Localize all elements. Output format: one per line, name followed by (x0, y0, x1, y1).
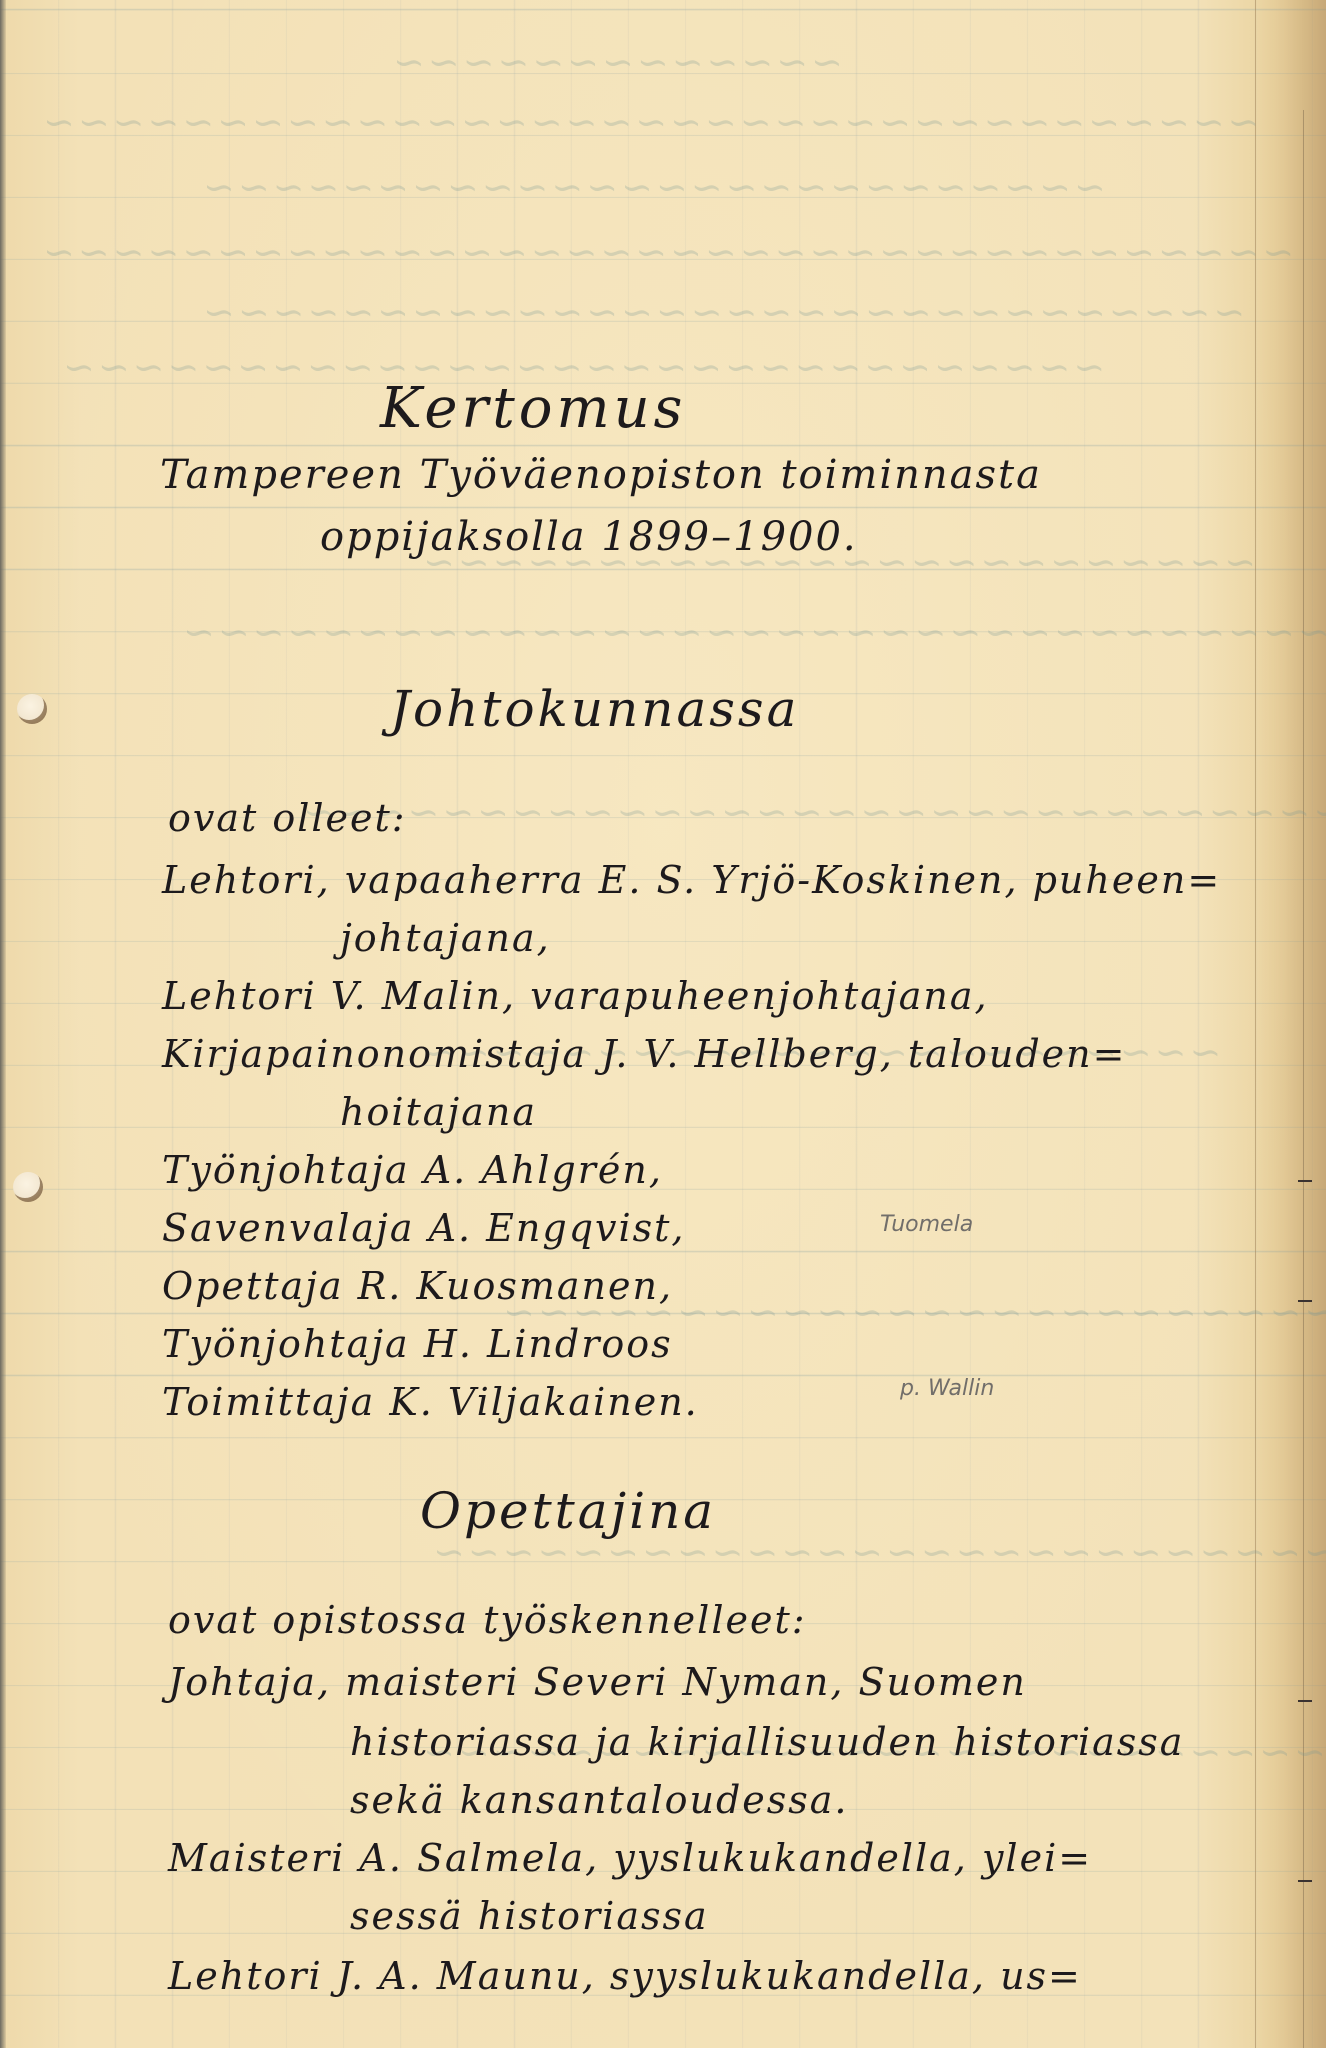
list-line-continuation: sessä historiassa (350, 1894, 709, 1938)
list-line: Työnjohtaja A. Ahlgrén, (162, 1148, 663, 1192)
edge-mark (1298, 1700, 1312, 1702)
list-line: Lehtori, vapaaherra E. S. Yrjö-Koskinen,… (162, 858, 1221, 902)
document-title: Kertomus (380, 376, 686, 441)
hole-punch-icon (17, 694, 47, 724)
edge-mark (1298, 1880, 1312, 1882)
section-intro: ovat olleet: (168, 796, 407, 840)
binding-edge (0, 0, 6, 2048)
list-line: Kirjapainonomistaja J. V. Hellberg, talo… (162, 1032, 1126, 1076)
section-heading-johtokunnassa: Johtokunnassa (390, 680, 799, 738)
list-line: Opettaja R. Kuosmanen, (162, 1264, 673, 1308)
section-heading-opettajina: Opettajina (420, 1482, 716, 1540)
document-subtitle-line-2: oppijaksolla 1899–1900. (320, 514, 858, 560)
list-line: Maisteri A. Salmela, yyslukukandella, yl… (168, 1836, 1092, 1880)
list-line-continuation: hoitajana (340, 1090, 537, 1134)
section-intro: ovat opistossa työskennelleet: (168, 1598, 807, 1642)
hole-punch-icon (13, 1172, 43, 1202)
list-line-continuation: historiassa ja kirjallisuuden historiass… (350, 1720, 1184, 1764)
pencil-annotation: Tuomela (880, 1212, 973, 1237)
list-line-continuation: johtajana, (340, 916, 551, 960)
edge-mark (1298, 1180, 1312, 1182)
page-edge-line (1303, 110, 1304, 2048)
list-line: Lehtori V. Malin, varapuheenjohtajana, (162, 974, 989, 1018)
list-line-continuation: sekä kansantaloudessa. (350, 1778, 849, 1822)
pencil-annotation: p. Wallin (900, 1376, 994, 1401)
list-line: Lehtori J. A. Maunu, syyslukukandella, u… (168, 1954, 1082, 1998)
document-subtitle-line-1: Tampereen Työväenopiston toiminnasta (160, 452, 1042, 498)
list-line: Työnjohtaja H. Lindroos (162, 1322, 673, 1366)
edge-mark (1298, 1300, 1312, 1302)
list-line: Toimittaja K. Viljakainen. (162, 1380, 699, 1424)
list-line: Savenvalaja A. Engqvist, (162, 1206, 686, 1250)
page-edge-fold (1255, 0, 1326, 2048)
manuscript-page: ~~~~~~~~~~~~~ ~~~~~~~~~~~~~~~~~~~~~~~~~~… (0, 0, 1326, 2048)
list-line: Johtaja, maisteri Severi Nyman, Suomen (168, 1660, 1027, 1704)
